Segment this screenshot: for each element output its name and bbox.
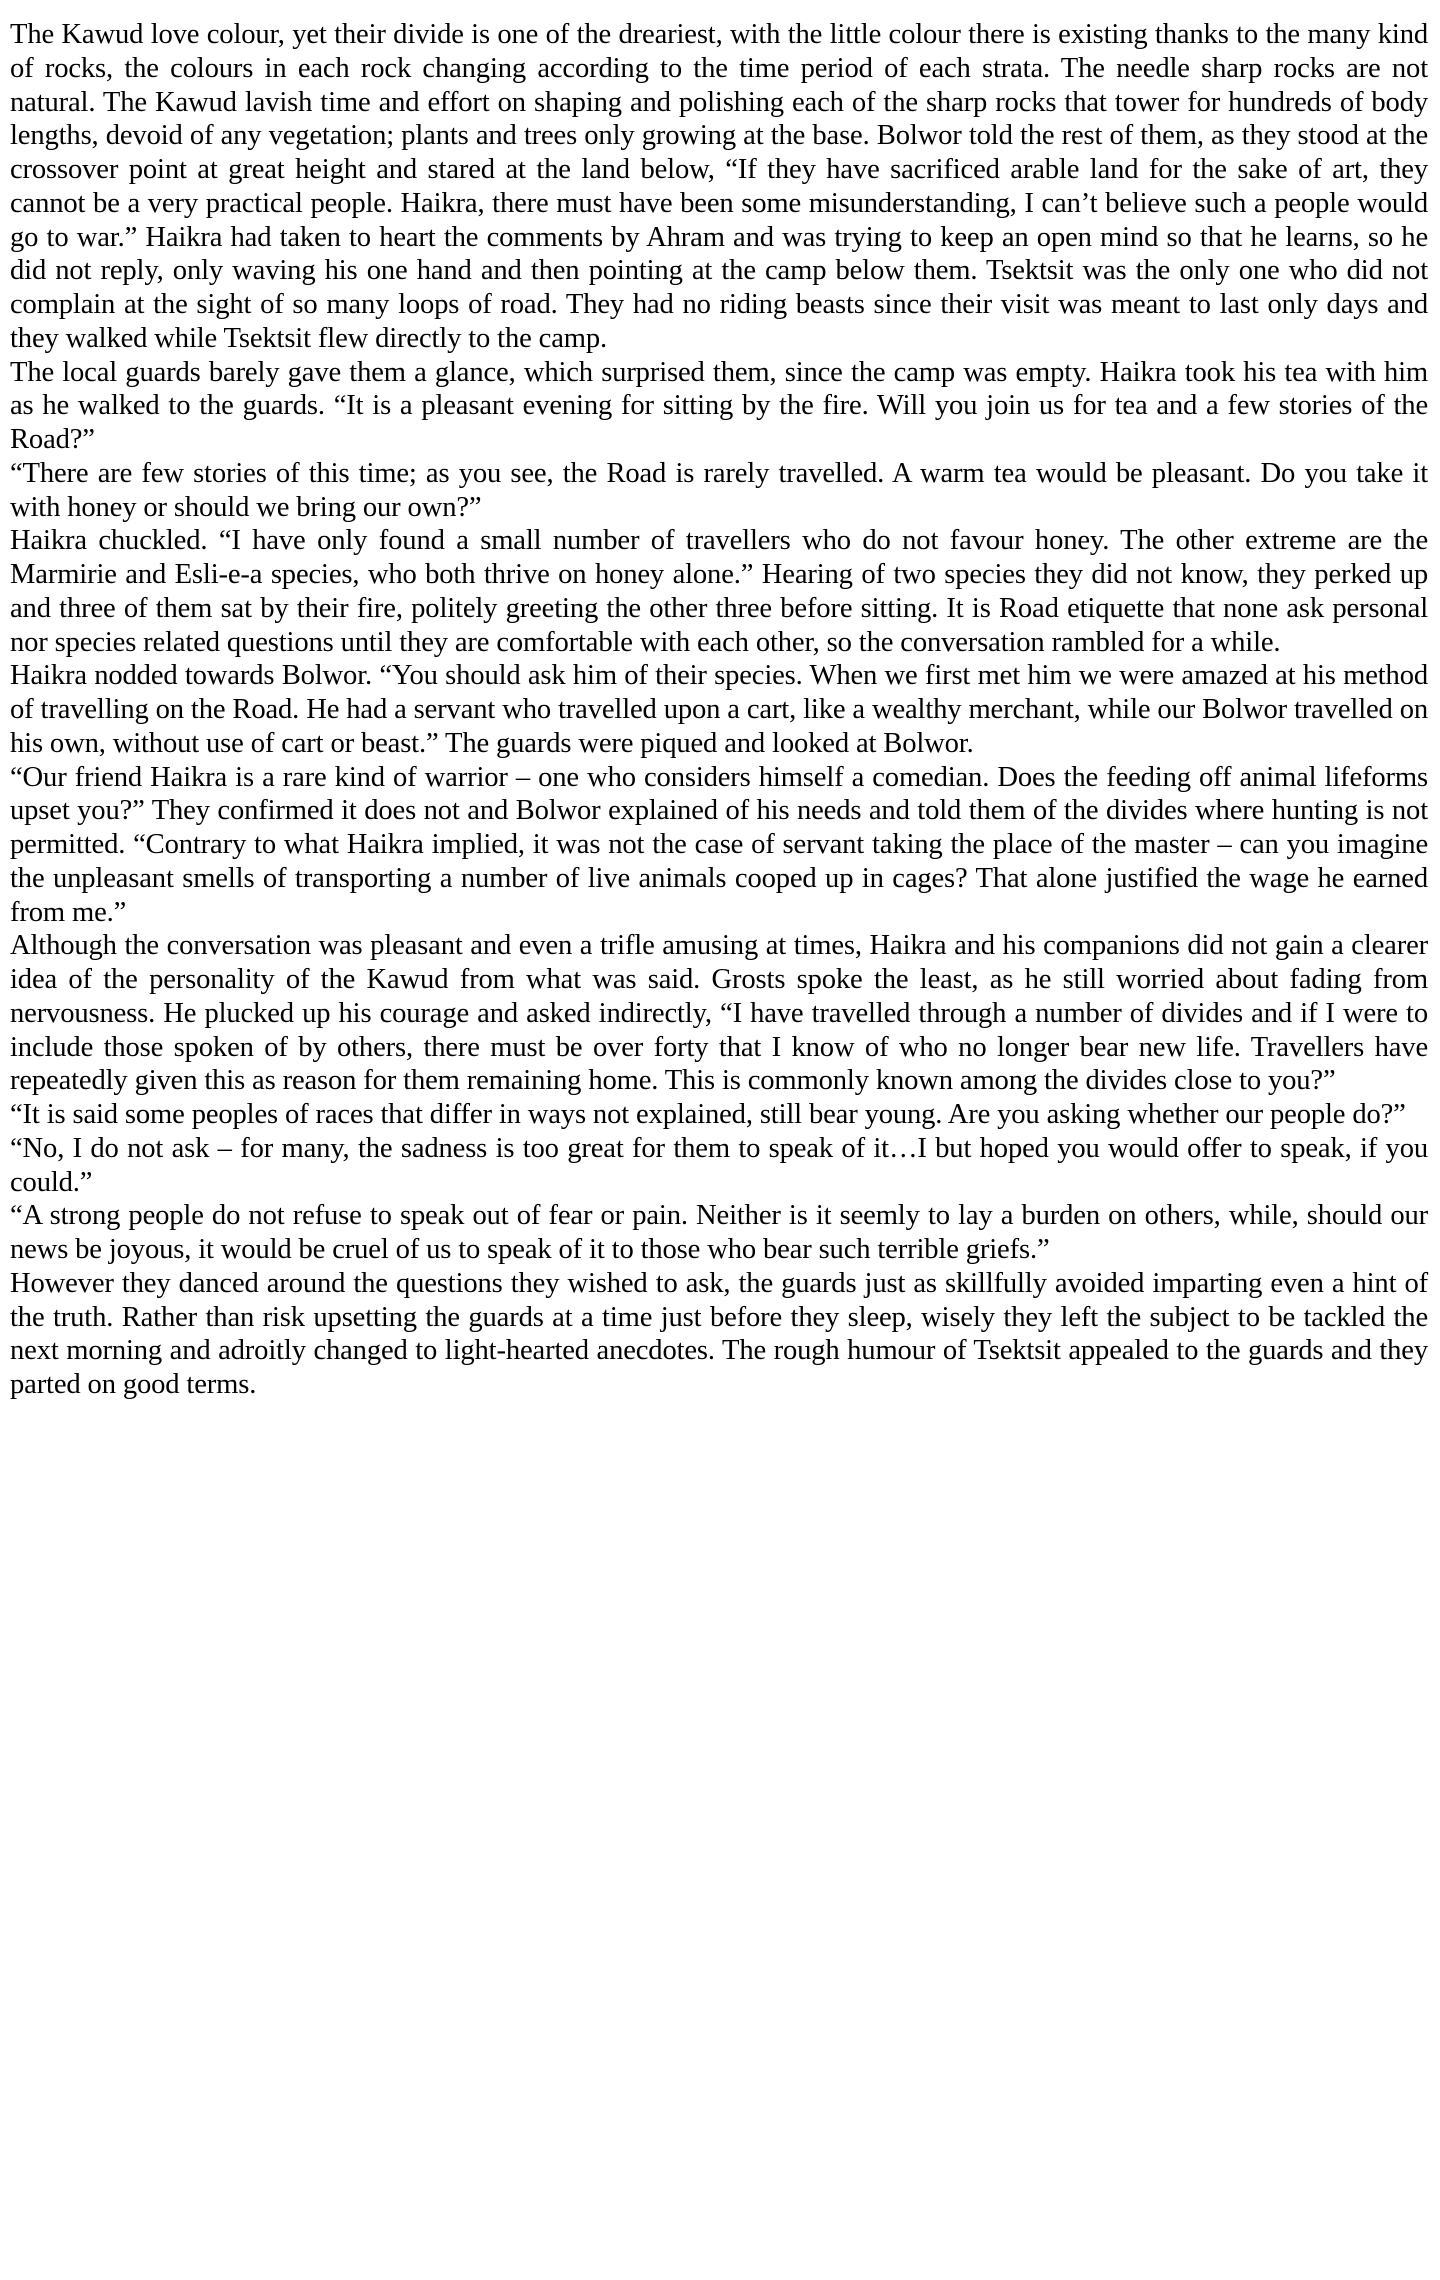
paragraph-haikra-nodded: Haikra nodded towards Bolwor. “You shoul…	[10, 659, 1428, 760]
paragraph-local-guards: The local guards barely gave them a glan…	[10, 356, 1428, 457]
paragraph-guard-bear-young: “It is said some peoples of races that d…	[10, 1098, 1428, 1132]
paragraph-kawud-divide: The Kawud love colour, yet their divide …	[10, 18, 1428, 356]
paragraph-bolwor-reply: “Our friend Haikra is a rare kind of war…	[10, 761, 1428, 930]
document-body: The Kawud love colour, yet their divide …	[10, 18, 1428, 1402]
paragraph-guard-reply-tea: “There are few stories of this time; as …	[10, 457, 1428, 525]
paragraph-strong-people: “A strong people do not refuse to speak …	[10, 1199, 1428, 1267]
paragraph-haikra-chuckled: Haikra chuckled. “I have only found a sm…	[10, 524, 1428, 659]
paragraph-danced-around: However they danced around the questions…	[10, 1267, 1428, 1402]
paragraph-grosts-question: Although the conversation was pleasant a…	[10, 929, 1428, 1098]
paragraph-grosts-no-ask: “No, I do not ask – for many, the sadnes…	[10, 1132, 1428, 1200]
